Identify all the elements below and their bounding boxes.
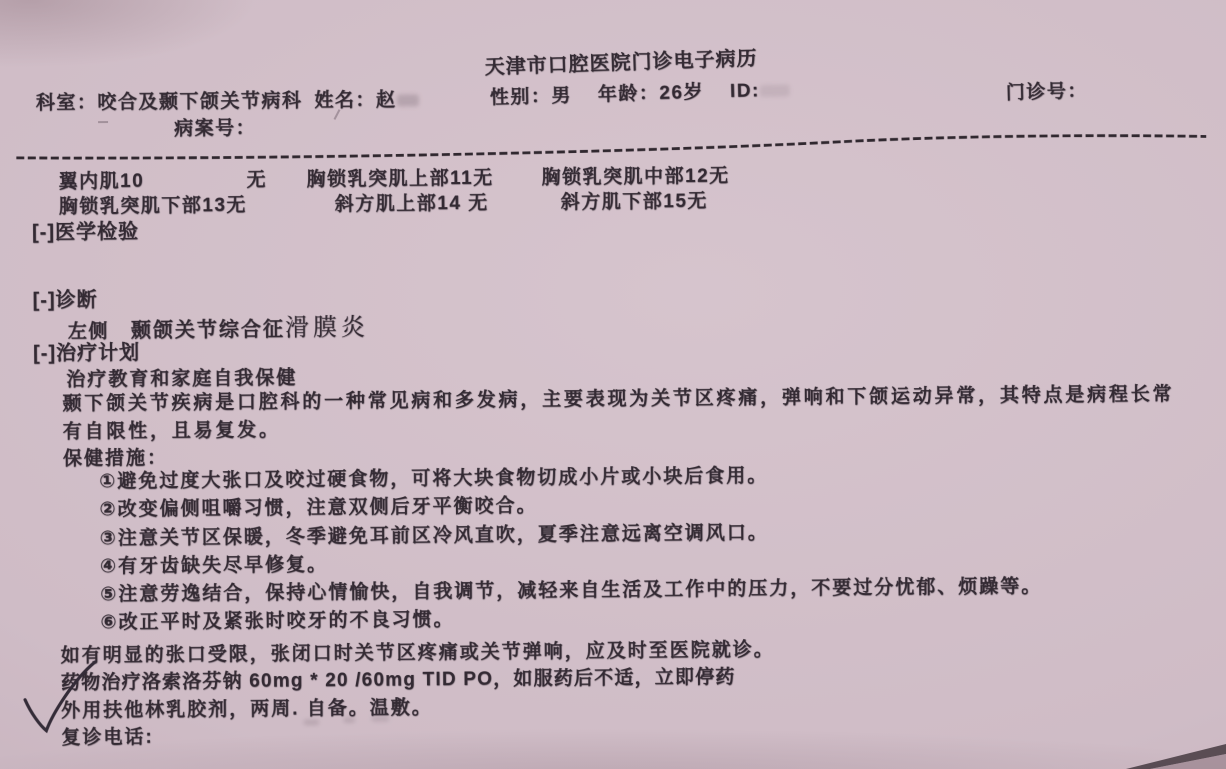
medical-record-photo: 天津市口腔医院门诊电子病历 科室：咬合及颞下颌关节病科姓名：赵 性别：男年龄：2… — [0, 0, 1226, 769]
paper-edge-shadow — [0, 0, 1226, 769]
